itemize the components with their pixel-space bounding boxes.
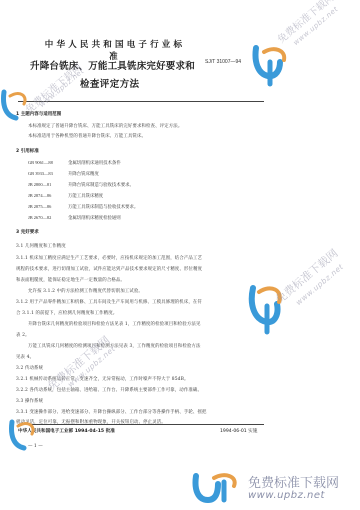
effective-date: 1994-06-01 实施: [220, 428, 257, 434]
header-divider: [18, 101, 264, 102]
section-3-1-2-line: 升降台铣床几何精度的检验项目和检验方法见表 1，工作精度的检验项目和检验方法见: [28, 321, 201, 327]
section-3-1-2-line: 合 3.1.1 的前提下，应检测几何精度和工作精度。: [16, 310, 117, 316]
section-3-1-1-line: 3.1.1 机床加工精度应满足生产工艺要求，必要时，应按机床规定的加工范围，结合…: [16, 255, 202, 261]
reference-item: JB 2670—82金属切削机床精度检验通则: [28, 215, 121, 221]
section-3-2-2: 3.2.2 各传动系统，包括主轴箱、进给箱、工作台、升降系统主要部件工作可靠，动…: [16, 387, 202, 393]
standard-number: SJ/T 31007—94: [205, 59, 241, 65]
brand-url: www.upbz.net: [248, 490, 325, 501]
reference-item: JB 2800—81升降台铣床制造与验收技术要求。: [28, 182, 134, 188]
brand-site-name: 免费标准下载网: [248, 472, 339, 491]
section-3-1-1-line: 允许按 3.1.2 中的方法检测工作精度代替切削加工试验。: [28, 288, 143, 294]
approval-info: 中华人民共和国电子工业部 1994-04-15 批准: [18, 428, 115, 434]
section-3-1-2-line: 表 2。: [16, 332, 30, 338]
section-3-3-1-line: 3.3.1 变速操作部分、进给变速部分、升降台操纵部分、工作台部分等各操作手柄、…: [16, 409, 207, 415]
section-1-heading: 1 主题内容与适用范围: [16, 111, 61, 117]
section-3-1-2-line: 3.1.2 用于产品零件精加工和机修、工具车间及生产车间用与机修、工模具修理的机…: [16, 299, 202, 305]
section-3-1-1-line: 和表面粗糙度，能保证稳定地生产一定数量的合格品。: [16, 277, 125, 283]
section-3-2-heading: 3.2 传动系统: [16, 365, 43, 371]
document-page: 中华人民共和国电子行业标准 升降台铣床、万能工具铣床完好要求和 SJ/T 310…: [0, 0, 360, 510]
up-logo-icon: [192, 472, 242, 504]
document-title-line2: 检查评定方法: [80, 76, 139, 90]
reference-item: JB 2874—86万能工具铣床精度: [28, 193, 103, 199]
reference-item: GB 3933—83升降台铣床精度: [28, 171, 99, 177]
section-2-heading: 2 引用标准: [16, 148, 39, 154]
section-3-2-1: 3.2.1 机械传动系统运转正常，变速齐全，无异常振动，工作时噪声不得大于 85…: [16, 376, 189, 382]
footer-divider: [18, 424, 264, 425]
section-1-para-2: 本标准适用于各种机型的普通升降台铣床、万能工具铣床。: [28, 133, 146, 139]
section-3-1-2-line: 见表 4。: [16, 354, 34, 360]
document-title-line1: 升降台铣床、万能工具铣床完好要求和: [30, 58, 195, 72]
section-3-1-heading: 3.1 几何精度和工作精度: [16, 243, 66, 249]
up-logo-icon: [250, 40, 290, 90]
reference-item: JB 2875—86万能工具铣床制造与验收技术要求。: [28, 204, 138, 210]
section-3-1-1-line: 规程的技术要求，进行切削加工试验，试件应能达到产品技术要求规定的尺寸精度、形位精…: [16, 266, 202, 272]
section-3-heading: 3 完好要求: [16, 229, 39, 235]
page-number: — 1 —: [28, 444, 43, 449]
reference-item: GB 9061—88金属切削机床通用技术条件: [28, 160, 121, 166]
section-1-para-1: 本标准规定了普通升降台铣床、万能工具铣床的完好要求和检查、评定方法。: [28, 123, 182, 129]
section-3-3-heading: 3.3 操作系统: [16, 398, 43, 404]
